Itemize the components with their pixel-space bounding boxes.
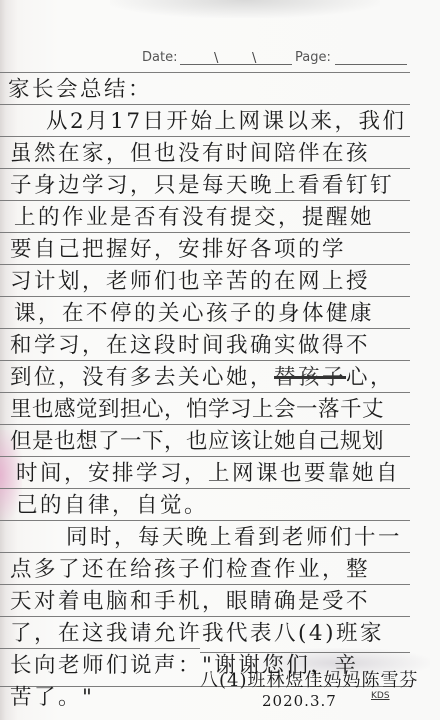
letter-line: 习计划，老师们也辛苦的在网上授: [10, 268, 420, 296]
letter-line: 和学习，在这段时间我确实做得不: [10, 332, 420, 360]
letter-line: 上的作业是否有没有提交，提醒她: [14, 204, 424, 232]
letter-line: 但是也想了一下，也应该让她自己规划: [10, 428, 420, 456]
letter-line: 了，在这我请允许我代表八(4)班家: [10, 620, 420, 648]
letter-line: 课，在不停的关心孩子的身体健康: [14, 300, 424, 328]
ruled-line: [0, 392, 410, 393]
letter-line: 点多了还在给孩子们检查作业，整: [10, 556, 420, 584]
signature: 八(4)班林煜佳妈妈陈雪芬: [200, 666, 419, 692]
ruled-line: [0, 296, 410, 297]
letter-line: 时间，安排学习，上网课也要靠她自: [16, 460, 426, 488]
ruled-line: [0, 72, 410, 73]
ruled-line: [0, 616, 410, 617]
ruled-line: [0, 648, 200, 649]
letter-text: 到位，没有多去关心她，: [10, 365, 274, 390]
letter-line: 里也感觉到担心，怕学习上会一落千丈: [10, 396, 420, 424]
ruled-line: [0, 424, 410, 425]
letter-line: 虽然在家，但也没有时间陪伴在孩: [10, 140, 420, 168]
letter-title: 家长会总结：: [8, 76, 418, 104]
letter-line: 己的自律，自觉。: [16, 492, 426, 520]
ruled-line: [0, 232, 410, 233]
struck-out-text: 替孩子: [274, 365, 346, 390]
ruled-line: [0, 328, 410, 329]
shadow: [110, 0, 380, 18]
letter-line: 要自己把握好，安排好各项的学: [10, 236, 420, 264]
ruled-line: [0, 552, 410, 553]
ruled-line: [0, 520, 410, 521]
page-header: Date: \ \ Page:: [0, 50, 440, 70]
ruled-line: [0, 488, 410, 489]
letter-line: 同时，每天晚上看到老师们十一: [42, 524, 440, 552]
watermark: KDS: [371, 691, 390, 701]
handwritten-date: 2020.3.7: [262, 692, 337, 710]
letter-text: 心，: [346, 365, 394, 390]
ruled-line: [0, 584, 410, 585]
ruled-line: [0, 104, 410, 105]
ruled-line: [0, 168, 410, 169]
letter-line: 从2月17日开始上网课以来，我们: [22, 108, 432, 136]
page-field: [335, 64, 407, 65]
ruled-line: [0, 360, 410, 361]
letter-line: 子身边学习，只是每天晚上看看钉钉: [10, 172, 420, 200]
ruled-line: [0, 136, 410, 137]
letter-line-with-correction: 到位，没有多去关心她，替孩子心，: [10, 364, 420, 392]
ruled-line: [0, 200, 410, 201]
date-separator: \: [252, 51, 256, 66]
date-field: [180, 64, 292, 65]
date-label: Date:: [142, 50, 177, 65]
page-label: Page:: [295, 50, 331, 65]
ruled-line: [0, 264, 410, 265]
date-separator: \: [214, 51, 218, 66]
letter-line: 天对着电脑和手机，眼睛确是受不: [10, 588, 420, 616]
ruled-line: [0, 456, 410, 457]
